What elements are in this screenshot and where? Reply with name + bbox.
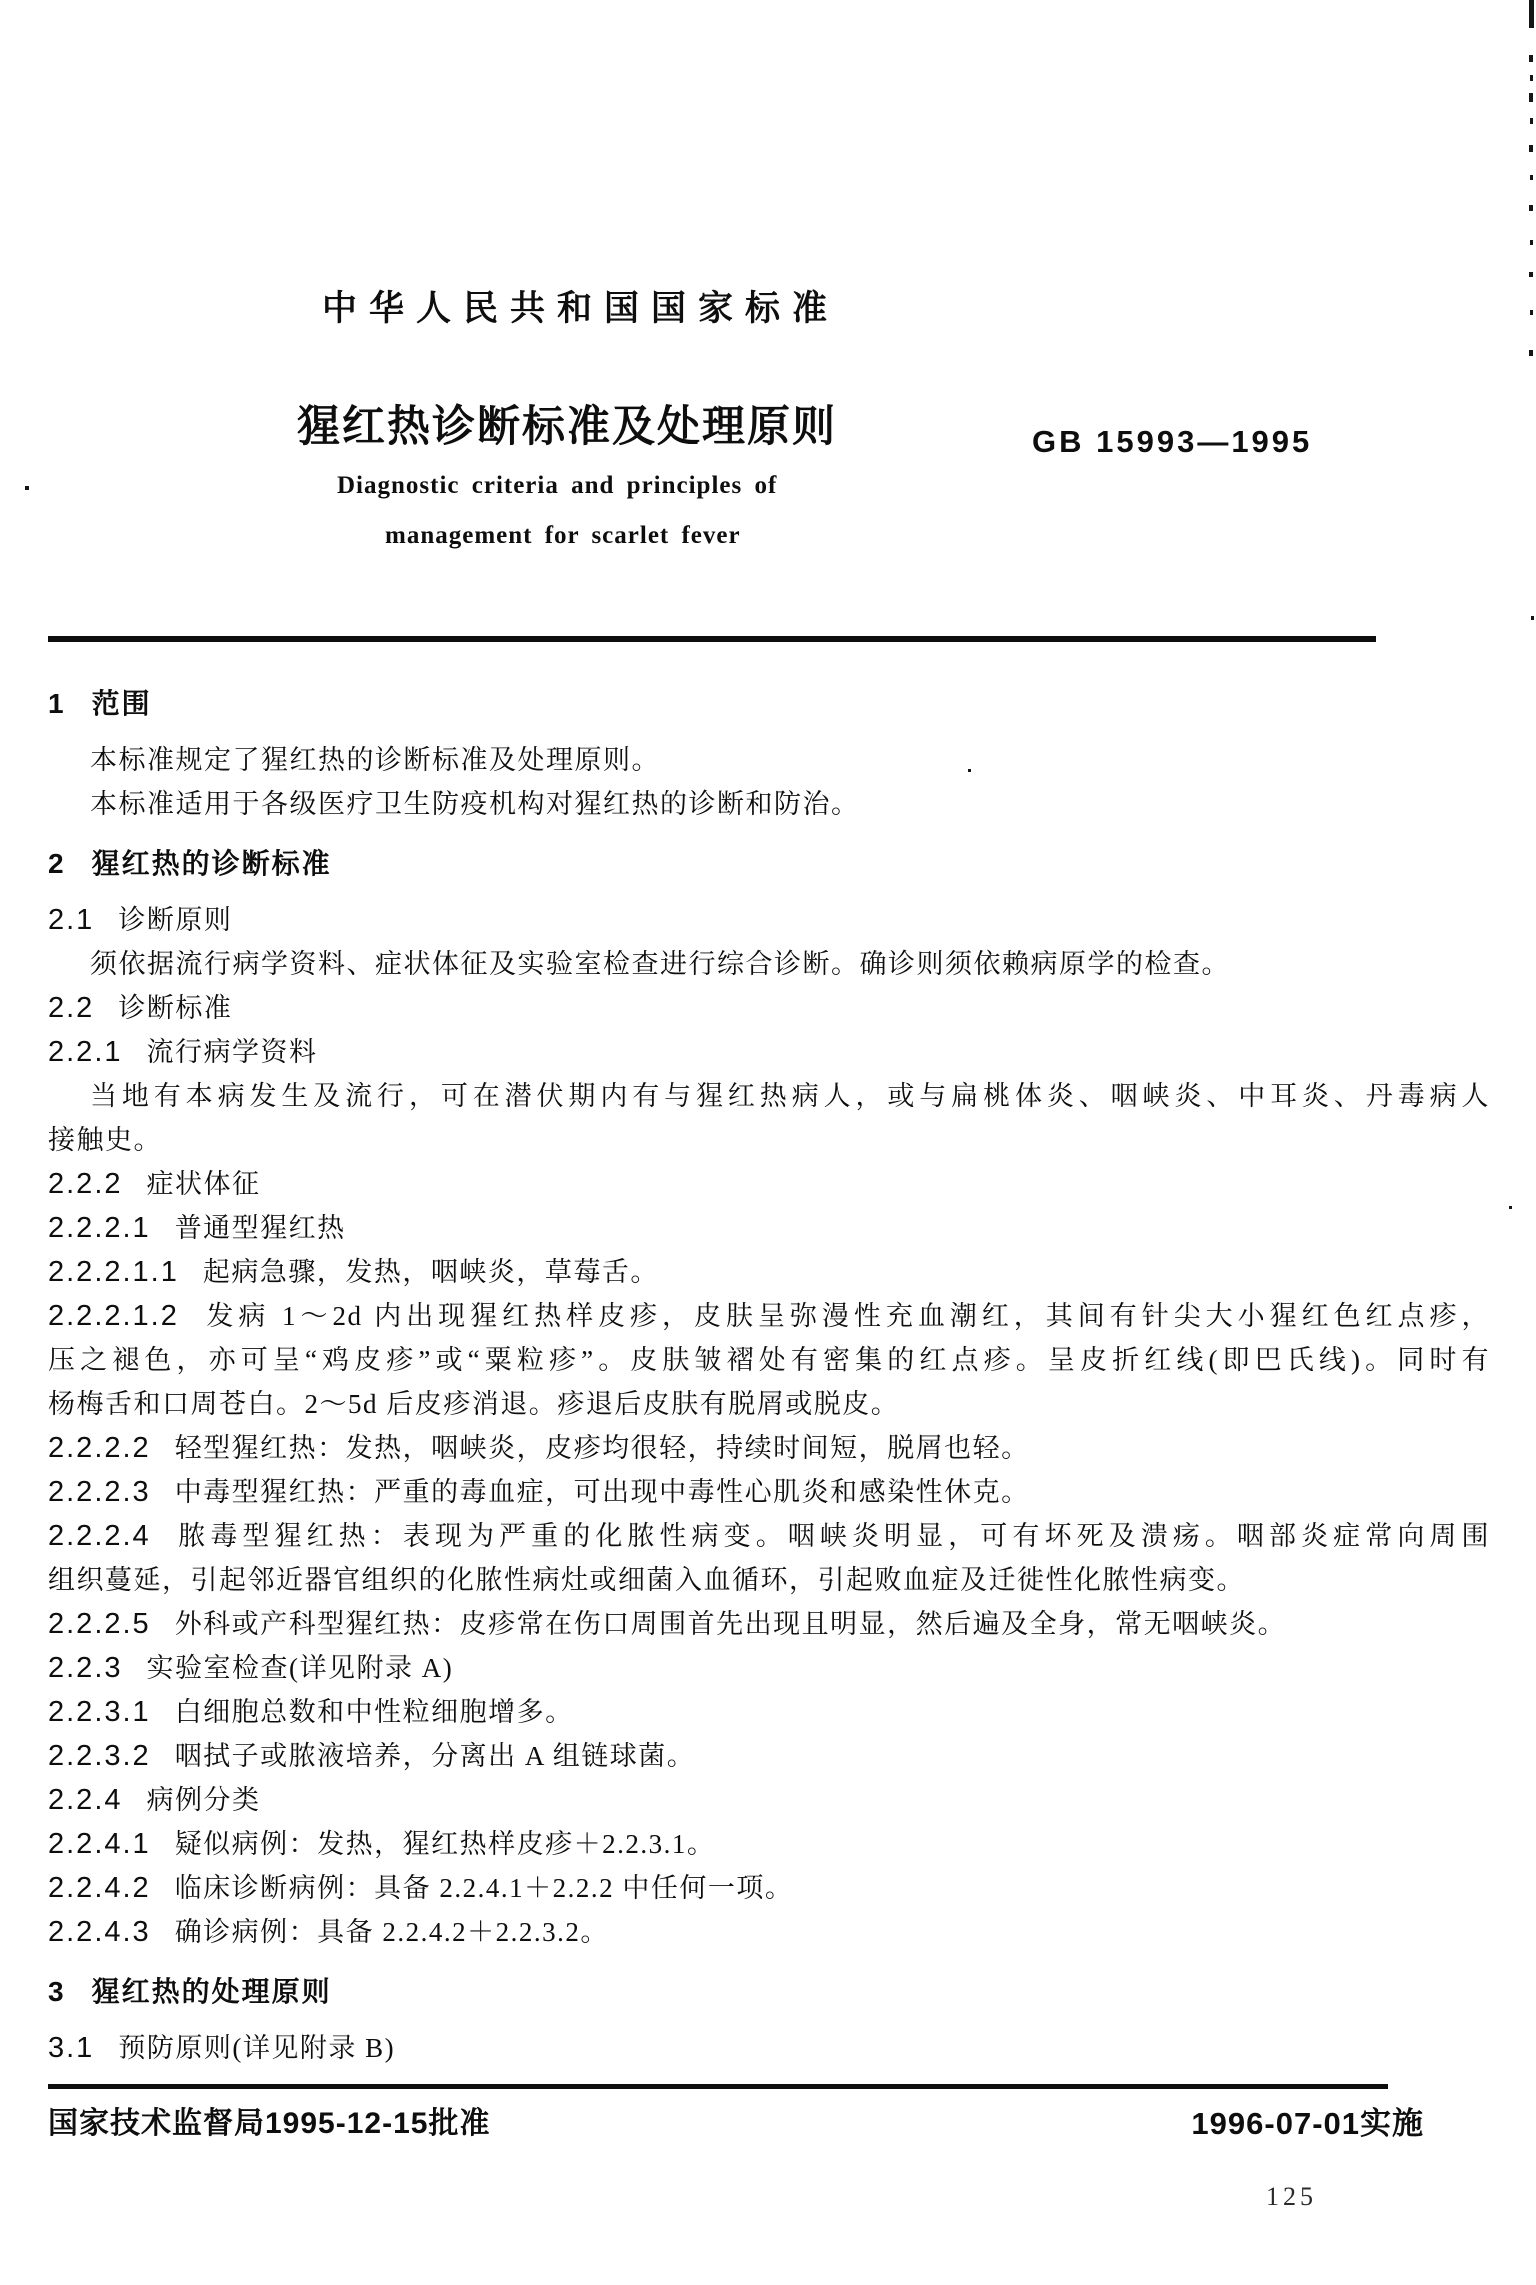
section-text: 白细胞总数和中性粒细胞增多。 xyxy=(175,1697,574,1727)
section-line: 2.1诊断原则 xyxy=(48,898,1490,942)
paragraph-line: 当地有本病发生及流行，可在潜伏期内有与猩红热病人，或与扁桃体炎、咽峡炎、中耳炎、… xyxy=(48,1074,1490,1118)
section-number: 3 xyxy=(48,1976,66,2007)
scan-artifact xyxy=(968,769,971,772)
section-text: 脓毒型猩红热：表现为严重的化脓性病变。咽峡炎明显，可有坏死及溃疡。咽部炎症常向周… xyxy=(175,1521,1490,1551)
section-text: 病例分类 xyxy=(147,1785,261,1815)
document-page: 中华人民共和国国家标准 猩红热诊断标准及处理原则 GB 15993—1995 D… xyxy=(0,0,1536,2285)
scan-artifact xyxy=(1529,145,1533,152)
paragraph-line: 接触史。 xyxy=(48,1118,1490,1162)
paragraph-line: 杨梅舌和口周苍白。2～5d 后皮疹消退。疹退后皮肤有脱屑或脱皮。 xyxy=(48,1382,1490,1426)
scan-artifact xyxy=(1529,272,1533,277)
section-text: 确诊病例：具备 2.2.4.2＋2.2.3.2。 xyxy=(175,1917,609,1947)
document-title-en-line2: management for scarlet fever xyxy=(385,522,741,550)
section-line: 2.2.2.1普通型猩红热 xyxy=(48,1206,1490,1250)
standard-type-label: 中华人民共和国国家标准 xyxy=(322,281,839,331)
scan-artifact xyxy=(1529,0,1534,28)
scan-artifact xyxy=(1530,75,1533,81)
paragraph-line: 组织蔓延，引起邻近器官组织的化脓性病灶或细菌入血循环，引起败血症及迁徙性化脓性病… xyxy=(48,1558,1490,1602)
section-text: 实验室检查(详见附录 A) xyxy=(147,1653,454,1683)
section-line: 2.2.4病例分类 xyxy=(48,1778,1490,1822)
section-number: 1 xyxy=(48,688,66,719)
section-line: 2.2诊断标准 xyxy=(48,986,1490,1030)
section-heading: 3猩红热的处理原则 xyxy=(48,1970,1490,2014)
section-number: 2.2.2.5 xyxy=(48,1608,151,1640)
section-number: 2.1 xyxy=(48,904,94,936)
paragraph-line: 须依据流行病学资料、症状体征及实验室检查进行综合诊断。确诊则须依赖病原学的检查。 xyxy=(48,942,1490,986)
section-line: 2.2.3.1白细胞总数和中性粒细胞增多。 xyxy=(48,1690,1490,1734)
section-text: 症状体征 xyxy=(147,1169,261,1199)
section-number: 3.1 xyxy=(48,2032,94,2064)
section-text: 杨梅舌和口周苍白。2～5d 后皮疹消退。疹退后皮肤有脱屑或脱皮。 xyxy=(48,1389,899,1419)
section-number: 2.2.2.1 xyxy=(48,1212,151,1244)
section-line: 2.2.2.4脓毒型猩红热：表现为严重的化脓性病变。咽峡炎明显，可有坏死及溃疡。… xyxy=(48,1514,1490,1558)
section-line: 2.2.1流行病学资料 xyxy=(48,1030,1490,1074)
section-text: 轻型猩红热：发热，咽峡炎，皮疹均很轻，持续时间短，脱屑也轻。 xyxy=(175,1433,1030,1463)
scan-artifact xyxy=(1529,93,1533,102)
section-number: 2.2.3.2 xyxy=(48,1740,151,1772)
section-number: 2.2.1 xyxy=(48,1036,123,1068)
page-number: 125 xyxy=(1266,2182,1317,2212)
section-line: 2.2.3实验室检查(详见附录 A) xyxy=(48,1646,1490,1690)
section-text: 诊断标准 xyxy=(118,993,232,1023)
section-line: 2.2.4.3确诊病例：具备 2.2.4.2＋2.2.3.2。 xyxy=(48,1910,1490,1954)
paragraph-line: 压之褪色，亦可呈“鸡皮疹”或“粟粒疹”。皮肤皱褶处有密集的红点疹。呈皮折红线(即… xyxy=(48,1338,1490,1382)
section-text: 须依据流行病学资料、症状体征及实验室检查进行综合诊断。确诊则须依赖病原学的检查。 xyxy=(90,949,1230,979)
section-heading: 2猩红热的诊断标准 xyxy=(48,842,1490,886)
section-line: 2.2.2症状体征 xyxy=(48,1162,1490,1206)
section-number: 2.2.2.1.1 xyxy=(48,1256,179,1288)
document-title-zh: 猩红热诊断标准及处理原则 xyxy=(297,393,837,454)
section-line: 2.2.2.1.1起病急骤，发热，咽峡炎，草莓舌。 xyxy=(48,1250,1490,1294)
section-text: 本标准适用于各级医疗卫生防疫机构对猩红热的诊断和防治。 xyxy=(90,789,860,819)
section-text: 流行病学资料 xyxy=(147,1037,318,1067)
section-text: 普通型猩红热 xyxy=(175,1213,346,1243)
section-number: 2.2.2 xyxy=(48,1168,123,1200)
section-text: 接触史。 xyxy=(48,1125,162,1155)
section-line: 2.2.2.5外科或产科型猩红热：皮疹常在伤口周围首先出现且明显，然后遍及全身，… xyxy=(48,1602,1490,1646)
scan-artifact xyxy=(1529,350,1533,356)
section-text: 猩红热的处理原则 xyxy=(92,1976,332,2007)
scan-artifact xyxy=(1531,616,1534,620)
document-title-en-line1: Diagnostic criteria and principles of xyxy=(337,472,777,500)
section-text: 范围 xyxy=(92,688,152,719)
section-number: 2.2.2.1.2 xyxy=(48,1300,179,1332)
section-line: 2.2.3.2咽拭子或脓液培养，分离出 A 组链球菌。 xyxy=(48,1734,1490,1778)
section-text: 猩红热的诊断标准 xyxy=(92,848,332,879)
scan-artifact xyxy=(1530,118,1533,124)
scan-artifact xyxy=(25,486,29,490)
section-text: 压之褪色，亦可呈“鸡皮疹”或“粟粒疹”。皮肤皱褶处有密集的红点疹。呈皮折红线(即… xyxy=(48,1345,1490,1375)
scan-artifact xyxy=(1529,55,1533,62)
section-text: 当地有本病发生及流行，可在潜伏期内有与猩红热病人，或与扁桃体炎、咽峡炎、中耳炎、… xyxy=(90,1081,1490,1111)
header-divider-rule xyxy=(48,636,1376,642)
section-text: 预防原则(详见附录 B) xyxy=(118,2033,395,2063)
section-number: 2.2.3.1 xyxy=(48,1696,151,1728)
section-number: 2.2.2.3 xyxy=(48,1476,151,1508)
implementation-text: 1996-07-01实施 xyxy=(1191,2098,1424,2143)
section-text: 临床诊断病例：具备 2.2.4.1＋2.2.2 中任何一项。 xyxy=(175,1873,794,1903)
scan-artifact xyxy=(1529,205,1533,211)
document-body: 1范围本标准规定了猩红热的诊断标准及处理原则。本标准适用于各级医疗卫生防疫机构对… xyxy=(48,668,1490,2070)
scan-artifact xyxy=(1530,240,1533,245)
section-line: 3.1预防原则(详见附录 B) xyxy=(48,2026,1490,2070)
section-number: 2.2.4.2 xyxy=(48,1872,151,1904)
section-text: 诊断原则 xyxy=(118,905,232,935)
scan-artifact xyxy=(1530,175,1533,180)
scan-artifact xyxy=(1530,310,1533,315)
standard-number: GB 15993—1995 xyxy=(1032,424,1312,460)
section-text: 中毒型猩红热：严重的毒血症，可出现中毒性心肌炎和感染性休克。 xyxy=(175,1477,1030,1507)
section-number: 2.2.2.4 xyxy=(48,1520,151,1552)
section-number: 2 xyxy=(48,848,66,879)
paragraph-line: 本标准规定了猩红热的诊断标准及处理原则。 xyxy=(48,738,1490,782)
section-line: 2.2.4.2临床诊断病例：具备 2.2.4.1＋2.2.2 中任何一项。 xyxy=(48,1866,1490,1910)
section-number: 2.2.4 xyxy=(48,1784,123,1816)
section-text: 发病 1～2d 内出现猩红热样皮疹，皮肤呈弥漫性充血潮红，其间有针尖大小猩红色红… xyxy=(203,1301,1490,1331)
footer-divider-rule xyxy=(48,2084,1388,2089)
section-line: 2.2.4.1疑似病例：发热，猩红热样皮疹＋2.2.3.1。 xyxy=(48,1822,1490,1866)
section-line: 2.2.2.2轻型猩红热：发热，咽峡炎，皮疹均很轻，持续时间短，脱屑也轻。 xyxy=(48,1426,1490,1470)
section-number: 2.2 xyxy=(48,992,94,1024)
section-text: 起病急骤，发热，咽峡炎，草莓舌。 xyxy=(203,1257,659,1287)
section-line: 2.2.2.3中毒型猩红热：严重的毒血症，可出现中毒性心肌炎和感染性休克。 xyxy=(48,1470,1490,1514)
section-number: 2.2.4.1 xyxy=(48,1828,151,1860)
approval-text: 国家技术监督局1995-12-15批准 xyxy=(48,2098,490,2142)
section-text: 外科或产科型猩红热：皮疹常在伤口周围首先出现且明显，然后遍及全身，常无咽峡炎。 xyxy=(175,1609,1287,1639)
section-text: 咽拭子或脓液培养，分离出 A 组链球菌。 xyxy=(175,1741,696,1771)
section-text: 组织蔓延，引起邻近器官组织的化脓性病灶或细菌入血循环，引起败血症及迁徙性化脓性病… xyxy=(48,1565,1245,1595)
section-number: 2.2.4.3 xyxy=(48,1916,151,1948)
section-number: 2.2.3 xyxy=(48,1652,123,1684)
section-line: 2.2.2.1.2发病 1～2d 内出现猩红热样皮疹，皮肤呈弥漫性充血潮红，其间… xyxy=(48,1294,1490,1338)
section-text: 疑似病例：发热，猩红热样皮疹＋2.2.3.1。 xyxy=(175,1829,716,1859)
scan-artifact xyxy=(1509,1206,1512,1209)
section-text: 本标准规定了猩红热的诊断标准及处理原则。 xyxy=(90,745,660,775)
paragraph-line: 本标准适用于各级医疗卫生防疫机构对猩红热的诊断和防治。 xyxy=(48,782,1490,826)
section-heading: 1范围 xyxy=(48,682,1490,726)
section-number: 2.2.2.2 xyxy=(48,1432,151,1464)
